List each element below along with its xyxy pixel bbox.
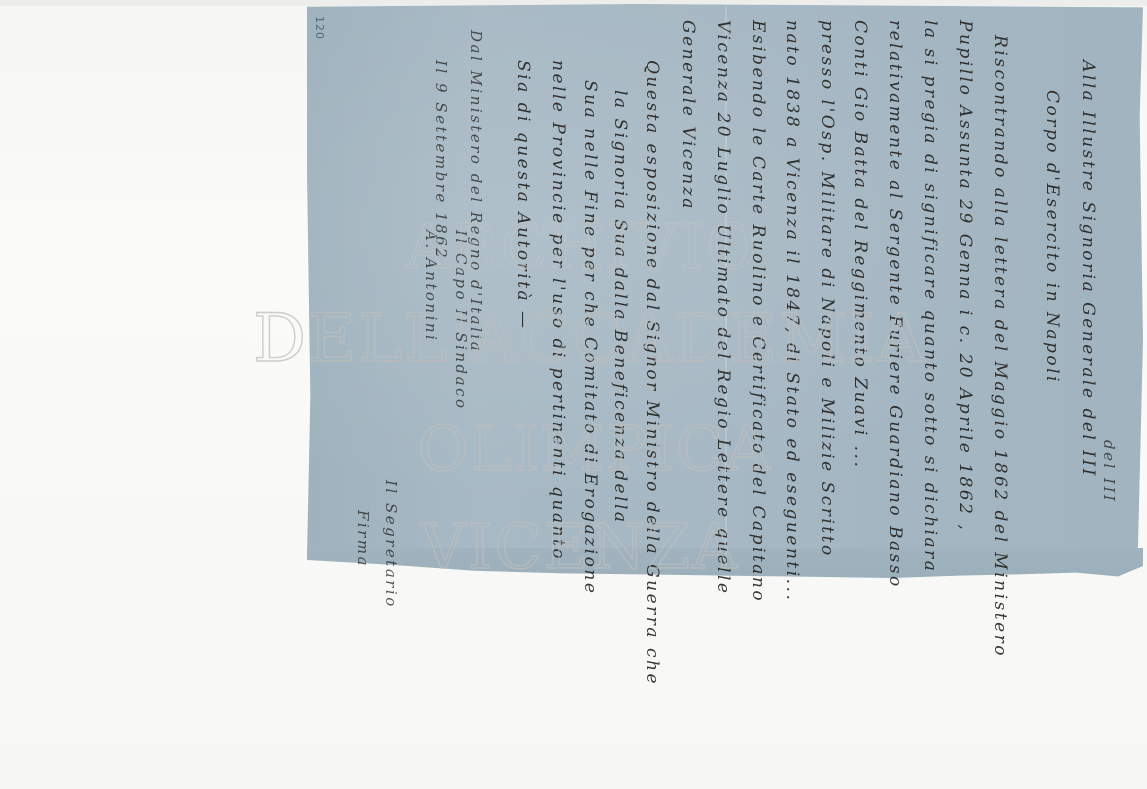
handwritten-line: Alla Illustre Signoria Generale del III <box>1078 60 1098 478</box>
handwritten-line: Vicenza 20 Luglio Ultimato del Regio Let… <box>713 20 733 595</box>
handwritten-line: del III <box>1100 440 1118 503</box>
handwritten-line: Corpo d'Esercito in Napoli <box>1042 90 1062 384</box>
handwritten-line: la Signoria Sua dalla Beneficenza della <box>610 90 630 525</box>
page-number: 120 <box>313 16 326 40</box>
handwritten-line: Sia di questa Autorità — <box>513 60 533 331</box>
handwritten-line: Sua nelle Fine per che Comitato di Eroga… <box>580 80 600 595</box>
handwritten-line: Riscontrando alla lettera del Maggio 186… <box>990 35 1010 658</box>
handwritten-line: relativamente al Sergente Furiere Guardi… <box>885 20 905 589</box>
handwritten-line: Questa esposizione dal Signor Ministro d… <box>642 60 662 686</box>
handwritten-line: nelle Provincie per l'uso di pertinenti … <box>548 60 568 561</box>
handwritten-line: presso l'Osp. Militare di Napoli e Miliz… <box>817 20 837 558</box>
handwritten-line: A. Antonini <box>422 230 440 342</box>
handwritten-line: la si pregia di significare quanto sotto… <box>920 20 940 573</box>
handwritten-line: Il Segretario <box>382 480 400 609</box>
handwritten-line: Firma <box>354 510 372 568</box>
handwritten-line: nato 1838 a Vicenza il 1847, di Stato ed… <box>782 20 802 602</box>
handwritten-line: Il Capo Il Sindaco <box>452 230 470 411</box>
handwritten-line: Generale Vicenza <box>678 20 698 211</box>
handwritten-line: Esibendo le Carte Ruolino e Certificato … <box>748 20 768 603</box>
handwritten-line: Conti Gio Batta del Reggimento Zuavi ... <box>850 20 870 469</box>
handwritten-line: Pupillo Assunta 29 Genna i c. 20 Aprile … <box>955 20 975 532</box>
